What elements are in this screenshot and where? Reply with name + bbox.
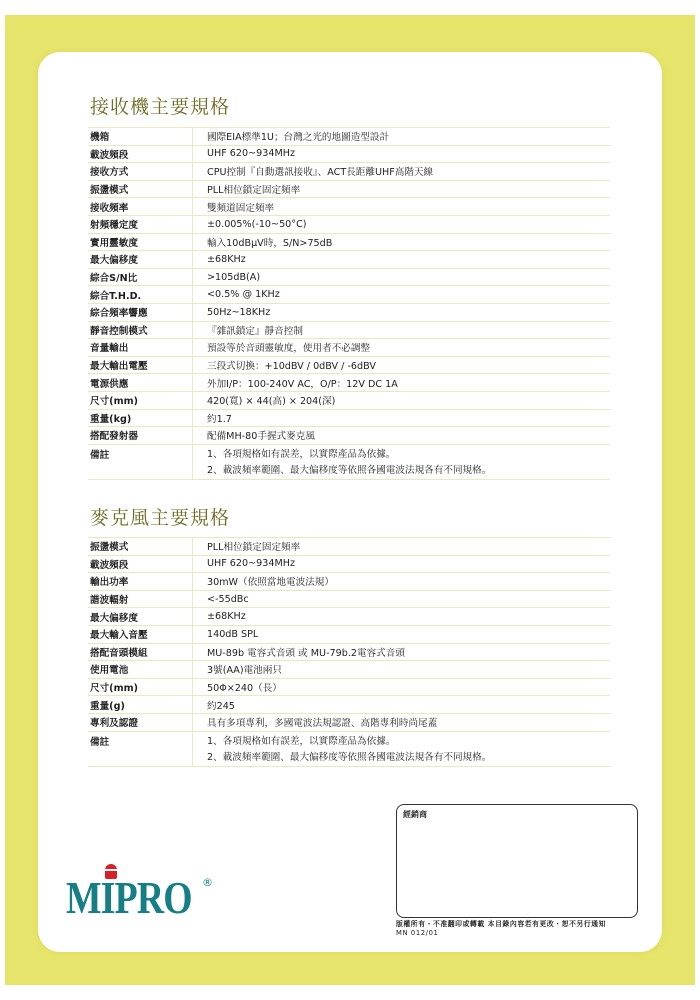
spec-label: 電源供應: [88, 374, 193, 391]
note-line: 1、各項規格如有誤差，以實際產品為依據。: [207, 734, 395, 750]
dealer-label: 經銷商: [403, 809, 427, 820]
registered-mark: ®: [202, 876, 213, 889]
table-row: 電源供應外加I/P：100-240V AC，O/P：12V DC 1A: [88, 373, 610, 391]
spec-value: ±68KHz: [193, 251, 246, 268]
spec-value: UHF 620~934MHz: [193, 146, 295, 163]
spec-value: 具有多項專利，多國電波法規認證、高階專利時尚尾蓋: [193, 714, 437, 731]
spec-label: 使用電池: [88, 661, 193, 678]
table-row: 振盪模式PLL相位鎖定固定頻率: [88, 180, 610, 198]
table-row: 最大偏移度±68KHz: [88, 250, 610, 268]
notes-label: 備註: [88, 732, 193, 766]
notes-row: 備註 1、各項規格如有誤差，以實際產品為依據。 2、載波頻率範圍、最大偏移度等依…: [88, 731, 610, 767]
dealer-box: 經銷商: [396, 804, 638, 918]
spec-value: 50Φ×240（長）: [193, 679, 282, 696]
table-row: 尺寸(mm)420(寬) × 44(高) × 204(深): [88, 391, 610, 409]
spec-value: 約245: [193, 696, 235, 713]
table-row: 振盪模式PLL相位鎖定固定頻率: [88, 537, 610, 555]
microphone-section-title: 麥克風主要規格: [90, 503, 230, 530]
spec-label: 振盪模式: [88, 181, 193, 198]
table-row: 綜合T.H.D.<0.5% @ 1KHz: [88, 285, 610, 303]
spec-value: 『雜訊鎖定』靜音控制: [193, 322, 303, 339]
spec-label: 重量(kg): [88, 410, 193, 427]
copyright-notice: 版權所有・不准翻印或轉載 本目錄內容若有更改・恕不另行通知 MN 012/01: [396, 920, 606, 938]
table-row: 尺寸(mm)50Φ×240（長）: [88, 678, 610, 696]
table-row: 輸出功率30mW（依照當地電波法規）: [88, 572, 610, 590]
spec-value: 3號(AA)電池兩只: [193, 661, 282, 678]
spec-label: 輸出功率: [88, 573, 193, 590]
table-row: 接收頻率雙頻道固定頻率: [88, 197, 610, 215]
spec-value: 國際EIA標準1U；台灣之光的地圖造型設計: [193, 128, 389, 145]
table-row: 最大輸入音壓140dB SPL: [88, 625, 610, 643]
table-row: 實用靈敏度輸入10dBμV時，S/N>75dB: [88, 233, 610, 251]
receiver-section-title: 接收機主要規格: [90, 92, 230, 119]
spec-value: 雙頻道固定頻率: [193, 198, 274, 215]
spec-label: 最大偏移度: [88, 608, 193, 625]
spec-value: 140dB SPL: [193, 626, 258, 643]
spec-value: 外加I/P：100-240V AC，O/P：12V DC 1A: [193, 374, 398, 391]
table-row: 使用電池3號(AA)電池兩只: [88, 660, 610, 678]
spec-label: 諧波輻射: [88, 591, 193, 608]
spec-label: 機箱: [88, 128, 193, 145]
table-row: 機箱國際EIA標準1U；台灣之光的地圖造型設計: [88, 127, 610, 145]
spec-label: 尺寸(mm): [88, 679, 193, 696]
spec-label: 專利及認證: [88, 714, 193, 731]
spec-label: 最大輸出電壓: [88, 357, 193, 374]
spec-label: 實用靈敏度: [88, 234, 193, 251]
spec-value: 50Hz~18KHz: [193, 304, 270, 321]
table-row: 靜音控制模式『雜訊鎖定』靜音控制: [88, 321, 610, 339]
note-line: 2、載波頻率範圍、最大偏移度等依照各國電波法規各有不同規格。: [207, 463, 491, 479]
spec-label: 搭配音頭模組: [88, 644, 193, 661]
spec-value: <0.5% @ 1KHz: [193, 286, 280, 303]
spec-value: >105dB(A): [193, 269, 260, 286]
spec-value: 預設等於音頭靈敏度，使用者不必調整: [193, 339, 370, 356]
spec-label: 最大輸入音壓: [88, 626, 193, 643]
spec-label: 最大偏移度: [88, 251, 193, 268]
spec-value: CPU控制『自動選訊接收』、ACT長距離UHF高階天線: [193, 163, 433, 180]
spec-value: 配備MH-80手握式麥克風: [193, 427, 315, 444]
spec-label: 尺寸(mm): [88, 392, 193, 409]
notes-row: 備註 1、各項規格如有誤差，以實際產品為依據。 2、載波頻率範圍、最大偏移度等依…: [88, 444, 610, 480]
spec-value: ±68KHz: [193, 608, 246, 625]
spec-value: 三段式切換：+10dBV / 0dBV / -6dBV: [193, 357, 376, 374]
copyright-text: 版權所有・不准翻印或轉載 本目錄內容若有更改・恕不另行通知: [396, 920, 606, 929]
notes-value: 1、各項規格如有誤差，以實際產品為依據。 2、載波頻率範圍、最大偏移度等依照各國…: [193, 732, 491, 766]
logo-text: MIPRO: [66, 872, 192, 924]
spec-label: 載波頻段: [88, 146, 193, 163]
table-row: 重量(g)約245: [88, 695, 610, 713]
microphone-spec-table: 振盪模式PLL相位鎖定固定頻率 載波頻段UHF 620~934MHz 輸出功率3…: [88, 537, 610, 767]
note-line: 2、載波頻率範圍、最大偏移度等依照各國電波法規各有不同規格。: [207, 750, 491, 766]
spec-label: 載波頻段: [88, 556, 193, 573]
spec-label: 綜合T.H.D.: [88, 286, 193, 303]
spec-label: 射頻穩定度: [88, 216, 193, 233]
table-row: 搭配音頭模組MU-89b 電容式音頭 或 MU-79b.2電容式音頭: [88, 643, 610, 661]
spec-label: 接收頻率: [88, 198, 193, 215]
spec-value: 30mW（依照當地電波法規）: [193, 573, 334, 590]
spec-value: UHF 620~934MHz: [193, 556, 295, 573]
spec-label: 音量輸出: [88, 339, 193, 356]
table-row: 接收方式CPU控制『自動選訊接收』、ACT長距離UHF高階天線: [88, 162, 610, 180]
notes-value: 1、各項規格如有誤差，以實際產品為依據。 2、載波頻率範圍、最大偏移度等依照各國…: [193, 445, 491, 479]
spec-label: 接收方式: [88, 163, 193, 180]
table-row: 載波頻段UHF 620~934MHz: [88, 555, 610, 573]
spec-label: 搭配發射器: [88, 427, 193, 444]
table-row: 專利及認證具有多項專利，多國電波法規認證、高階專利時尚尾蓋: [88, 713, 610, 731]
note-line: 1、各項規格如有誤差，以實際產品為依據。: [207, 447, 395, 463]
table-row: 重量(kg)約1.7: [88, 409, 610, 427]
spec-value: 420(寬) × 44(高) × 204(深): [193, 392, 335, 409]
spec-label: 振盪模式: [88, 538, 193, 555]
table-row: 音量輸出預設等於音頭靈敏度，使用者不必調整: [88, 338, 610, 356]
spec-value: 輸入10dBμV時，S/N>75dB: [193, 234, 332, 251]
catalog-code: MN 012/01: [396, 929, 606, 938]
spec-label: 重量(g): [88, 696, 193, 713]
table-row: 諧波輻射<-55dBc: [88, 590, 610, 608]
spec-value: PLL相位鎖定固定頻率: [193, 181, 300, 198]
table-row: 最大輸出電壓三段式切換：+10dBV / 0dBV / -6dBV: [88, 356, 610, 374]
table-row: 射頻穩定度±0.005%(-10~50°C): [88, 215, 610, 233]
notes-label: 備註: [88, 445, 193, 479]
spec-value: MU-89b 電容式音頭 或 MU-79b.2電容式音頭: [193, 644, 405, 661]
table-row: 綜合S/N比>105dB(A): [88, 268, 610, 286]
spec-value: ±0.005%(-10~50°C): [193, 216, 307, 233]
spec-label: 靜音控制模式: [88, 322, 193, 339]
table-row: 最大偏移度±68KHz: [88, 607, 610, 625]
spec-value: <-55dBc: [193, 591, 249, 608]
receiver-spec-table: 機箱國際EIA標準1U；台灣之光的地圖造型設計 載波頻段UHF 620~934M…: [88, 127, 610, 480]
table-row: 綜合頻率響應50Hz~18KHz: [88, 303, 610, 321]
spec-label: 綜合S/N比: [88, 269, 193, 286]
spec-value: PLL相位鎖定固定頻率: [193, 538, 300, 555]
spec-label: 綜合頻率響應: [88, 304, 193, 321]
table-row: 載波頻段UHF 620~934MHz: [88, 145, 610, 163]
mipro-logo: MIPRO ®: [66, 872, 219, 924]
spec-value: 約1.7: [193, 410, 232, 427]
table-row: 搭配發射器配備MH-80手握式麥克風: [88, 426, 610, 444]
